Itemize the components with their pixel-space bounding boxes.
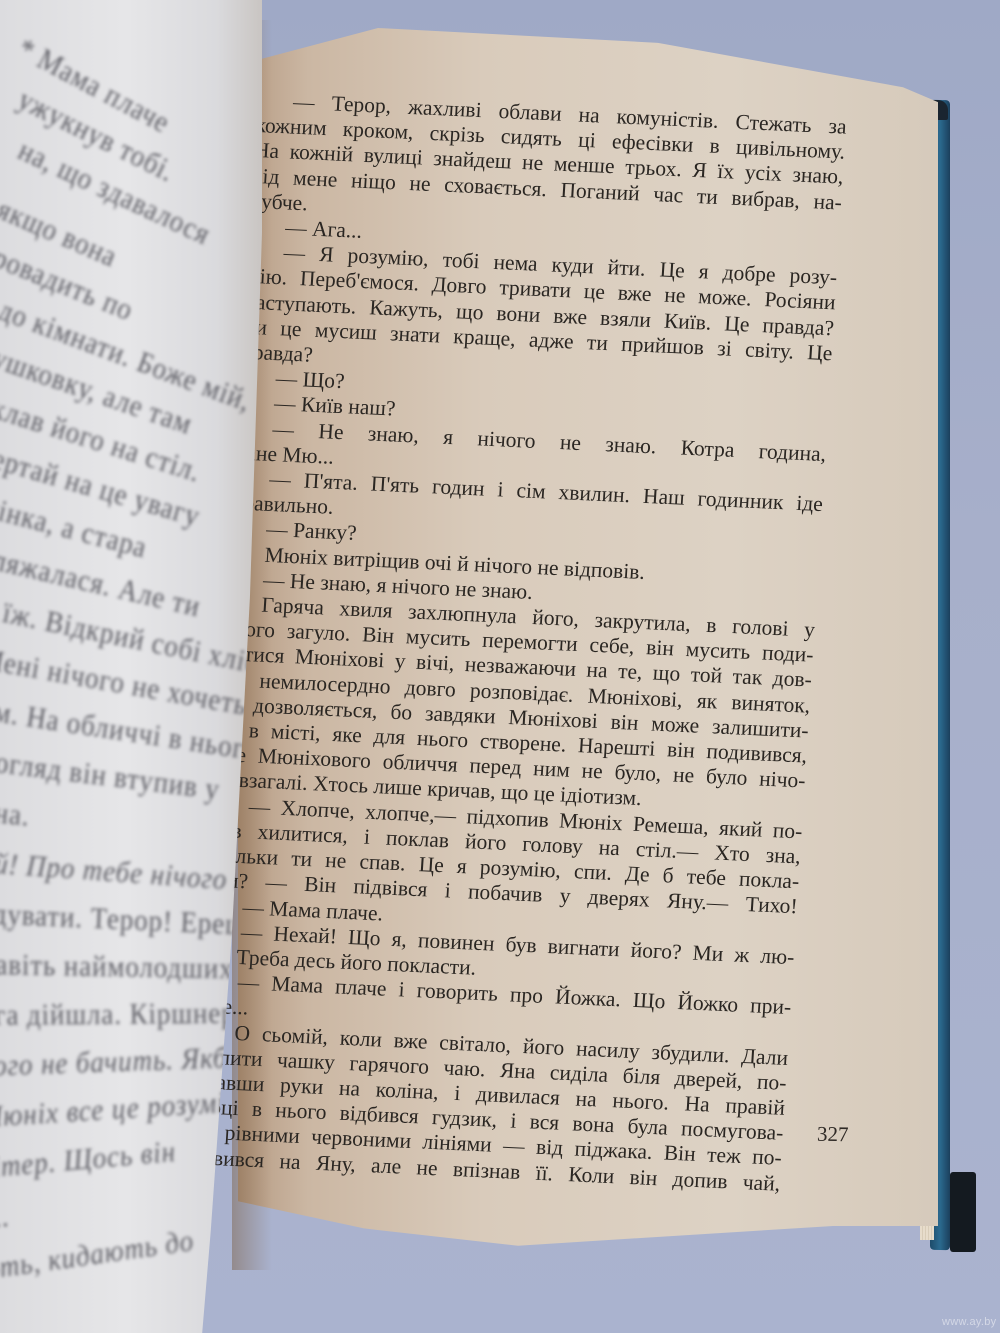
text-line: навіть наймолодших	[0, 948, 234, 986]
text-line: ?..	[0, 1200, 11, 1237]
text-line: ють, кидають до	[0, 1224, 196, 1288]
text-line: ього не бачить. Якби	[0, 1041, 242, 1084]
cover-corner-bottom	[950, 1172, 976, 1252]
text-line: адувати. Терор! Ерешен	[0, 897, 262, 944]
text-line: кна.	[0, 795, 31, 834]
text-line: Мюніх все це розумів	[0, 1085, 239, 1135]
page-number: 327	[817, 1122, 849, 1148]
right-page-text: — Терор, жахливі облави на комуністів. С…	[190, 88, 847, 1197]
text-line: ай! Про тебе нічого не	[0, 846, 262, 900]
text-line: вітер. Щось він	[0, 1135, 177, 1186]
watermark: www.ay.by	[942, 1316, 996, 1328]
text-line: ога дійшла. Кіршнер	[0, 997, 236, 1033]
